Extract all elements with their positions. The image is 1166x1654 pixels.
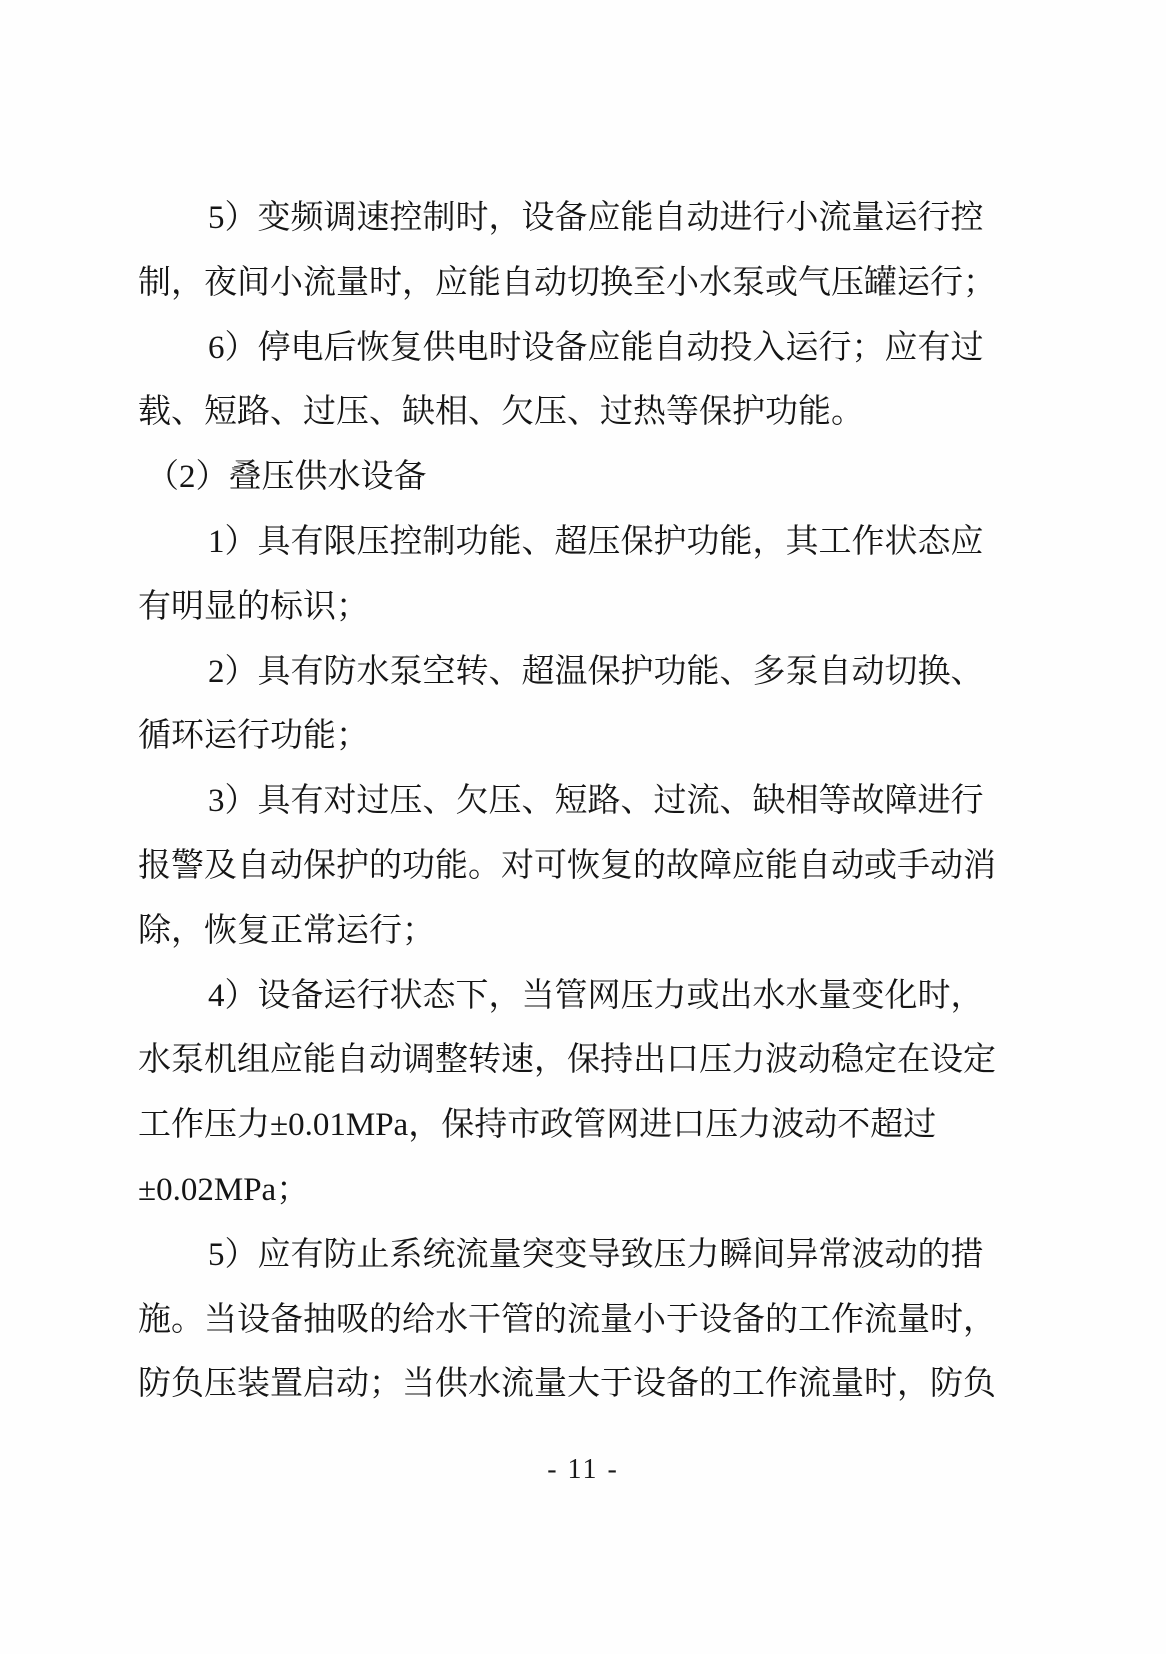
document-page: 5）变频调速控制时，设备应能自动进行小流量运行控 制，夜间小流量时，应能自动切换… [0,0,1166,1654]
text-line: ±0.02MPa； [138,1158,1016,1223]
text-line: 报警及自动保护的功能。对可恢复的故障应能自动或手动消 [138,834,1016,899]
text-line: 循环运行功能； [138,704,1016,769]
text-line: 3）具有对过压、欠压、短路、过流、缺相等故障进行 [138,769,1016,834]
section-heading-line: （2）叠压供水设备 [138,445,1016,510]
text-line: 制，夜间小流量时，应能自动切换至小水泵或气压罐运行； [138,251,1016,316]
page-number: - 11 - [0,1450,1166,1490]
text-line: 施。当设备抽吸的给水干管的流量小于设备的工作流量时， [138,1288,1016,1353]
text-line: 5）变频调速控制时，设备应能自动进行小流量运行控 [138,186,1016,251]
text-line: 工作压力±0.01MPa，保持市政管网进口压力波动不超过 [138,1093,1016,1158]
text-line: 防负压装置启动；当供水流量大于设备的工作流量时，防负 [138,1352,1016,1417]
text-line: 6）停电后恢复供电时设备应能自动投入运行；应有过 [138,316,1016,381]
document-body: 5）变频调速控制时，设备应能自动进行小流量运行控 制，夜间小流量时，应能自动切换… [138,186,1016,1417]
text-line: 水泵机组应能自动调整转速，保持出口压力波动稳定在设定 [138,1028,1016,1093]
text-line: 有明显的标识； [138,575,1016,640]
text-line: 1）具有限压控制功能、超压保护功能，其工作状态应 [138,510,1016,575]
text-line: 4）设备运行状态下，当管网压力或出水水量变化时， [138,964,1016,1029]
text-line: 2）具有防水泵空转、超温保护功能、多泵自动切换、 [138,640,1016,705]
text-line: 5）应有防止系统流量突变导致压力瞬间异常波动的措 [138,1223,1016,1288]
text-line: 除，恢复正常运行； [138,899,1016,964]
text-line: 载、短路、过压、缺相、欠压、过热等保护功能。 [138,380,1016,445]
